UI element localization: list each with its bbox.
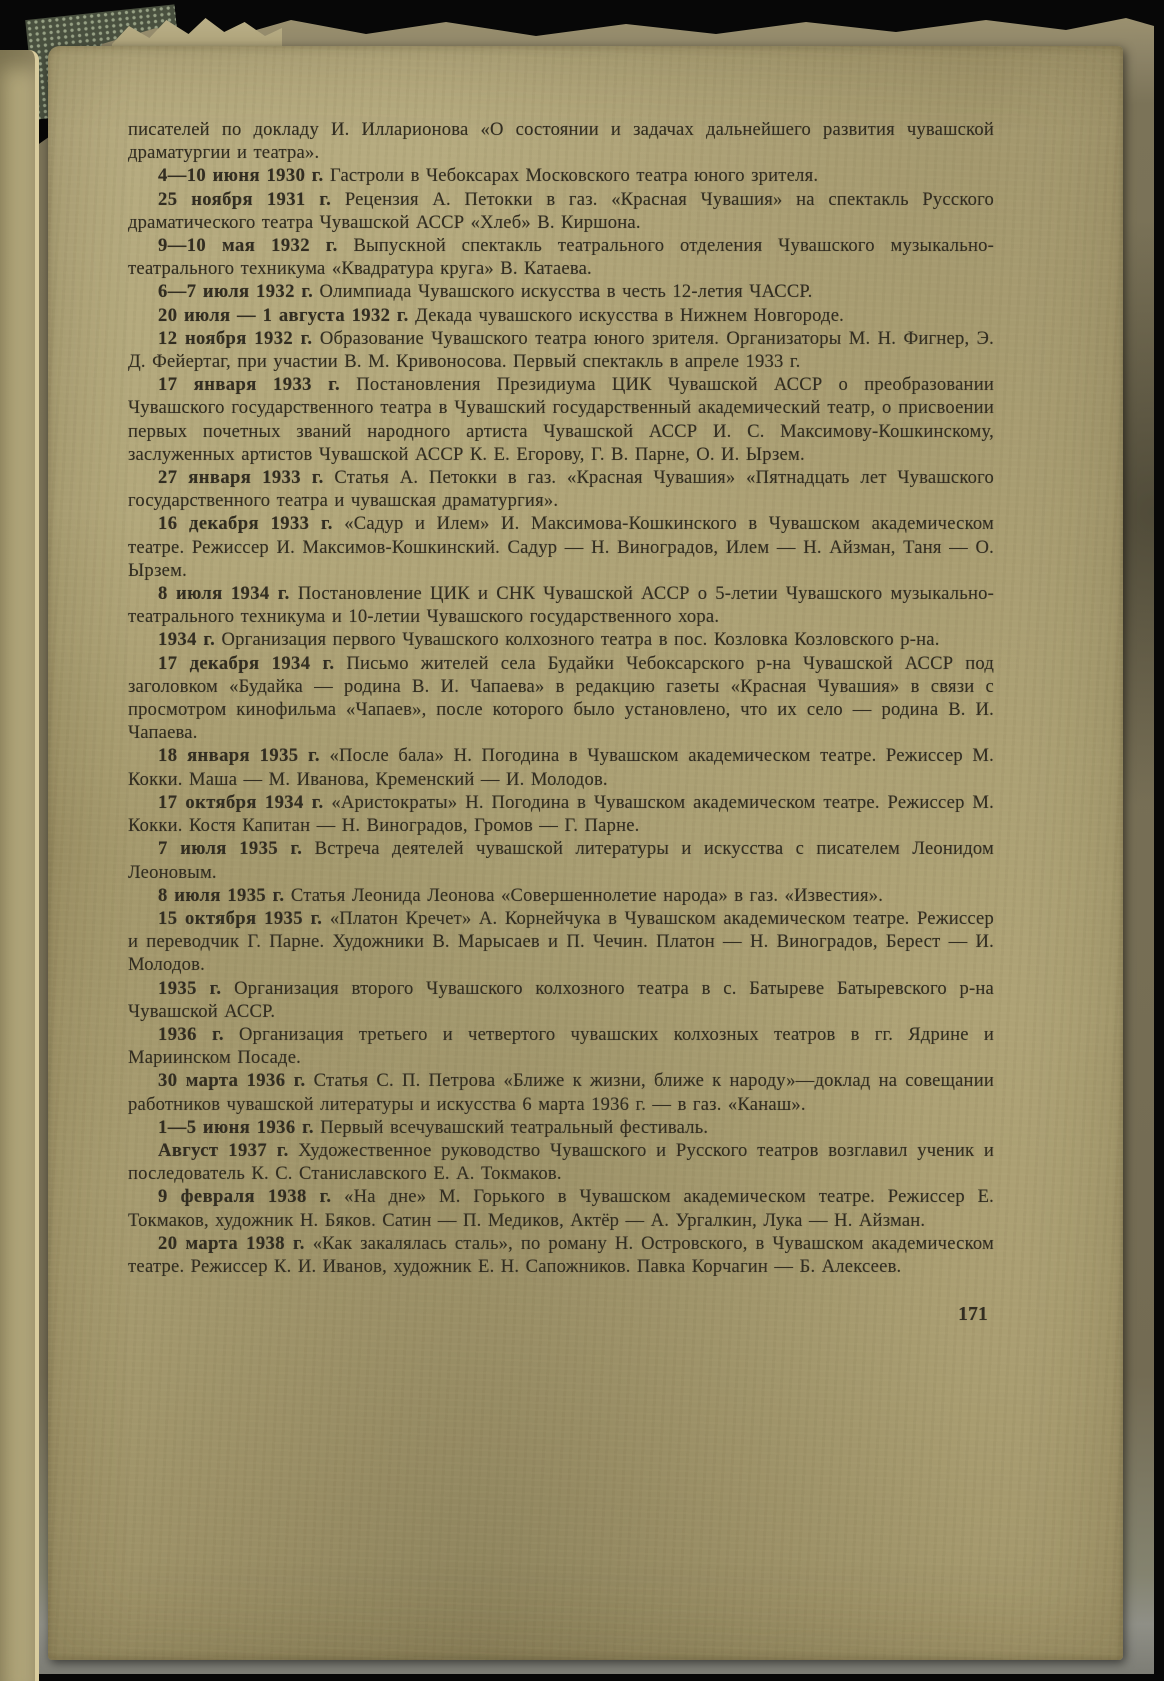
chronicle-entry: 6—7 июля 1932 г. Олимпиада Чувашского ис… — [128, 280, 994, 303]
entry-text: Организация второго Чувашского колхозног… — [128, 978, 994, 1022]
chronicle-entry: 15 октября 1935 г. «Платон Кречет» А. Ко… — [128, 907, 994, 977]
chronicle-entry: 12 ноября 1932 г. Образование Чувашского… — [128, 327, 994, 373]
entry-date: 17 октября 1934 г. — [158, 792, 324, 813]
entry-date: 1935 г. — [158, 978, 221, 999]
chronicle-entry: 1934 г. Организация первого Чувашского к… — [128, 628, 994, 651]
entry-text: Гастроли в Чебоксарах Московского театра… — [330, 165, 818, 186]
entry-text: Статья Леонида Леонова «Совершеннолетие … — [291, 885, 883, 906]
entry-date: 4—10 июня 1930 г. — [158, 165, 324, 186]
book-page: писателей по докладу И. Илларионова «О с… — [48, 46, 1123, 1660]
chronicle-entry: 7 июля 1935 г. Встреча деятелей чувашско… — [128, 837, 994, 883]
entry-date: 20 марта 1938 г. — [158, 1233, 305, 1254]
entry-date: 27 января 1933 г. — [158, 467, 324, 488]
chronicle-entry: 30 марта 1936 г. Статья С. П. Петрова «Б… — [128, 1069, 994, 1115]
entry-date: 6—7 июля 1932 г. — [158, 281, 313, 302]
entry-text: Первый всечувашский театральный фестивал… — [320, 1117, 708, 1138]
entry-text: Олимпиада Чувашского искусства в честь 1… — [320, 281, 813, 302]
chronicle-entry: писателей по докладу И. Илларионова «О с… — [128, 118, 994, 164]
chronicle-entry: 17 декабря 1934 г. Письмо жителей села Б… — [128, 652, 994, 745]
entry-date: 30 марта 1936 г. — [158, 1070, 306, 1091]
chronicle-entry: 1—5 июня 1936 г. Первый всечувашский теа… — [128, 1116, 994, 1139]
entry-date: 17 января 1933 г. — [158, 374, 340, 395]
scanned-page-scene: писателей по докладу И. Илларионова «О с… — [0, 0, 1164, 1681]
entry-date: 25 ноября 1931 г. — [158, 189, 331, 210]
chronicle-entry: 1935 г. Организация второго Чувашского к… — [128, 977, 994, 1023]
chronicle-entry: 18 января 1935 г. «После бала» Н. Погоди… — [128, 744, 994, 790]
entry-date: 12 ноября 1932 г. — [158, 328, 312, 349]
chronicle-entry: 8 июля 1935 г. Статья Леонида Леонова «С… — [128, 884, 994, 907]
chronicle-entry: 8 июля 1934 г. Постановление ЦИК и СНК Ч… — [128, 582, 994, 628]
entry-date: 15 октября 1935 г. — [158, 908, 322, 929]
entry-date: 9—10 мая 1932 г. — [158, 235, 338, 256]
chronicle-entry: Август 1937 г. Художественное руководств… — [128, 1139, 994, 1185]
entry-text: писателей по докладу И. Илларионова «О с… — [128, 119, 994, 163]
entry-date: 8 июля 1935 г. — [158, 885, 284, 906]
entry-date: 7 июля 1935 г. — [158, 838, 302, 859]
chronicle-entry: 17 января 1933 г. Постановления Президиу… — [128, 373, 994, 466]
entry-text: Декада чувашского искусства в Нижнем Нов… — [415, 305, 844, 326]
chronicle-entry: 4—10 июня 1930 г. Гастроли в Чебоксарах … — [128, 164, 994, 187]
chronicle-text-block: писателей по докладу И. Илларионова «О с… — [128, 118, 994, 1326]
entry-date: 18 января 1935 г. — [158, 745, 320, 766]
chronicle-entry: 27 января 1933 г. Статья А. Петокки в га… — [128, 466, 994, 512]
page-number: 171 — [128, 1303, 994, 1326]
chronicle-entry: 20 марта 1938 г. «Как закалялась сталь»,… — [128, 1232, 994, 1278]
chronicle-entry: 9 февраля 1938 г. «На дне» М. Горького в… — [128, 1185, 994, 1231]
entry-date: Август 1937 г. — [158, 1140, 289, 1161]
entry-date: 20 июля — 1 августа 1932 г. — [158, 305, 409, 326]
chronicle-entry: 1936 г. Организация третьего и четвертог… — [128, 1023, 994, 1069]
chronicle-entry: 16 декабря 1933 г. «Садур и Илем» И. Мак… — [128, 512, 994, 582]
entry-date: 17 декабря 1934 г. — [158, 653, 334, 674]
entry-text: Организация первого Чувашского колхозног… — [222, 629, 940, 650]
entry-text: Организация третьего и четвертого чувашс… — [128, 1024, 994, 1068]
adjacent-page-gutter-strip — [0, 50, 39, 1681]
entry-date: 9 февраля 1938 г. — [158, 1186, 331, 1207]
entry-date: 1936 г. — [158, 1024, 224, 1045]
entry-date: 1—5 июня 1936 г. — [158, 1117, 314, 1138]
entry-date: 1934 г. — [158, 629, 215, 650]
entry-date: 16 декабря 1933 г. — [158, 513, 333, 534]
chronicle-entry: 20 июля — 1 августа 1932 г. Декада чуваш… — [128, 304, 994, 327]
chronicle-entry: 25 ноября 1931 г. Рецензия А. Петокки в … — [128, 188, 994, 234]
chronicle-entry: 17 октября 1934 г. «Аристократы» Н. Пого… — [128, 791, 994, 837]
chronicle-entry: 9—10 мая 1932 г. Выпускной спектакль теа… — [128, 234, 994, 280]
entry-date: 8 июля 1934 г. — [158, 583, 290, 604]
